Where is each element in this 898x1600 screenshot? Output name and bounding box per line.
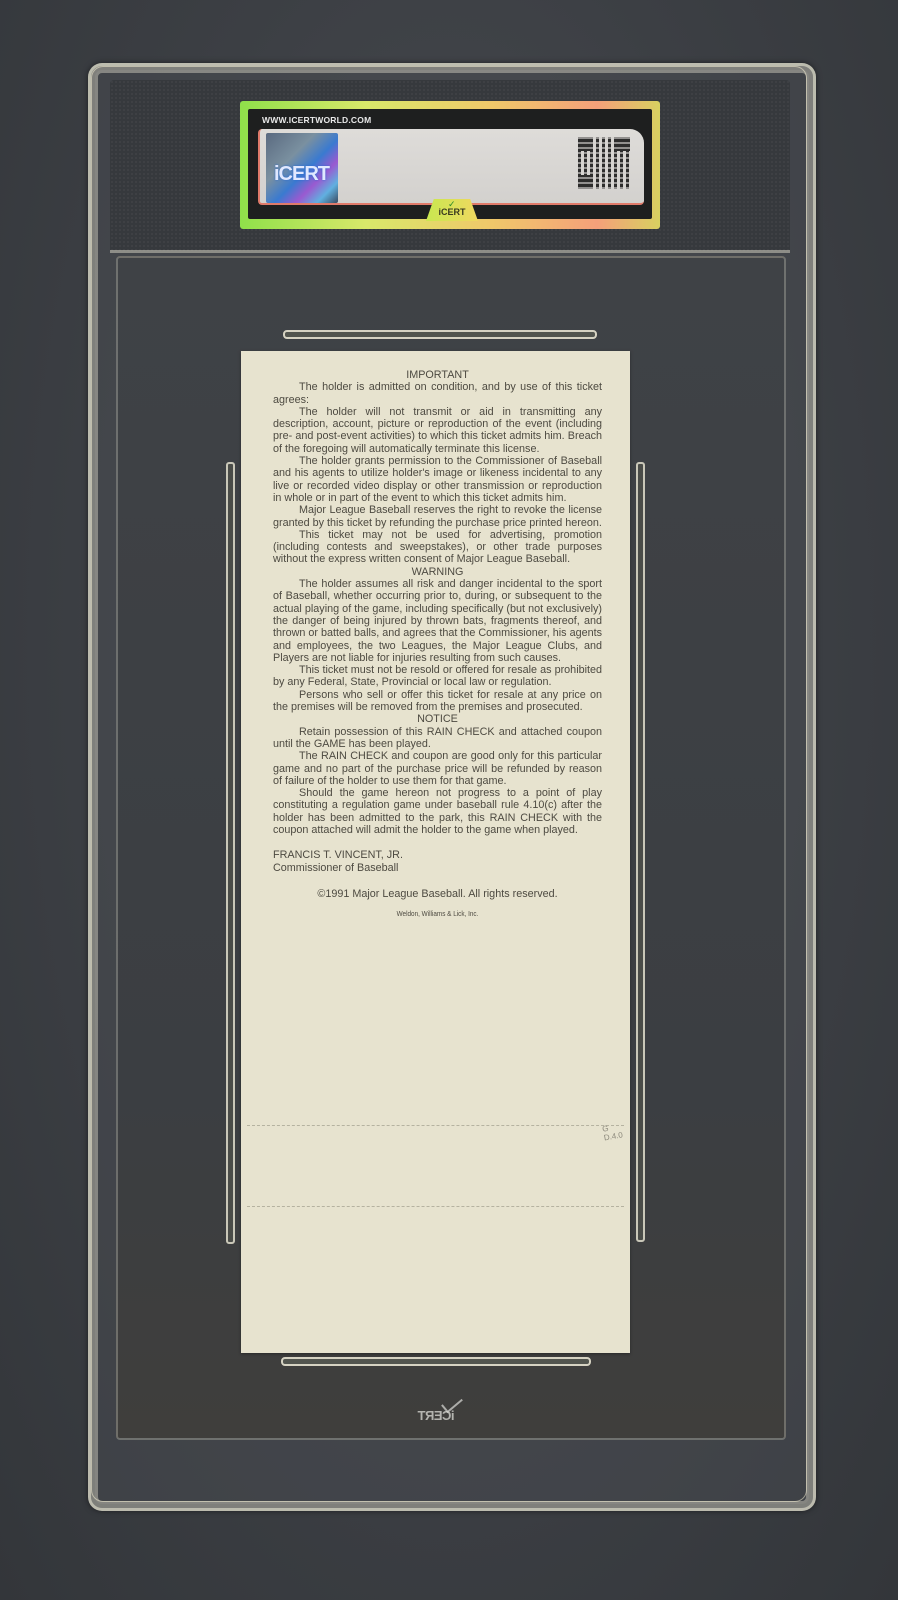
- label-brand-tab: ✓ iCERT: [426, 199, 478, 221]
- terms-paragraph: The holder will not transmit or aid in t…: [273, 406, 602, 455]
- label-inner-panel: WWW.ICERTWORLD.COM iCERT ✓ iCERT: [248, 109, 652, 219]
- section-heading: NOTICE: [273, 713, 602, 725]
- ticket-terms: IMPORTANTThe holder is admitted on condi…: [273, 369, 602, 920]
- signature-name: FRANCIS T. VINCENT, JR.: [273, 849, 602, 861]
- right-rail: [636, 462, 645, 1242]
- ticket-stub: IMPORTANTThe holder is admitted on condi…: [241, 351, 630, 1353]
- qr-code-icon: [578, 137, 630, 189]
- terms-paragraph: Persons who sell or offer this ticket fo…: [273, 689, 602, 714]
- terms-paragraph: The RAIN CHECK and coupon are good only …: [273, 750, 602, 787]
- pencil-note: G D.4.0: [601, 1121, 623, 1142]
- terms-paragraph: Should the game hereon not progress to a…: [273, 787, 602, 836]
- terms-paragraph: This ticket must not be resold or offere…: [273, 664, 602, 689]
- terms-paragraph: Major League Baseball reserves the right…: [273, 504, 602, 529]
- printer-credit: Weldon, Williams & Lick, Inc.: [298, 908, 578, 920]
- tab-brand: iCERT: [426, 207, 478, 217]
- hologram-icon: iCERT: [266, 133, 338, 203]
- left-rail: [226, 462, 235, 1244]
- label-url: WWW.ICERTWORLD.COM: [262, 115, 371, 125]
- icert-label: WWW.ICERTWORLD.COM iCERT ✓ iCERT: [240, 101, 660, 229]
- perforation-line: [247, 1125, 624, 1126]
- bottom-rail: [281, 1357, 591, 1366]
- terms-paragraph: The holder assumes all risk and danger i…: [273, 578, 602, 664]
- perforation-line: [247, 1206, 624, 1207]
- slab-logo: iCERT: [418, 1408, 455, 1423]
- section-heading: WARNING: [273, 566, 602, 578]
- copyright-line: ©1991 Major League Baseball. All rights …: [273, 888, 602, 900]
- top-rail: [283, 330, 597, 339]
- terms-paragraph: The holder is admitted on condition, and…: [273, 381, 602, 406]
- hologram-brand: iCERT: [274, 163, 329, 186]
- section-heading: IMPORTANT: [273, 369, 602, 381]
- signature-title: Commissioner of Baseball: [273, 862, 602, 874]
- label-info-panel: iCERT: [258, 129, 644, 205]
- terms-paragraph: Retain possession of this RAIN CHECK and…: [273, 726, 602, 751]
- terms-paragraph: The holder grants permission to the Comm…: [273, 455, 602, 504]
- terms-paragraph: This ticket may not be used for advertis…: [273, 529, 602, 566]
